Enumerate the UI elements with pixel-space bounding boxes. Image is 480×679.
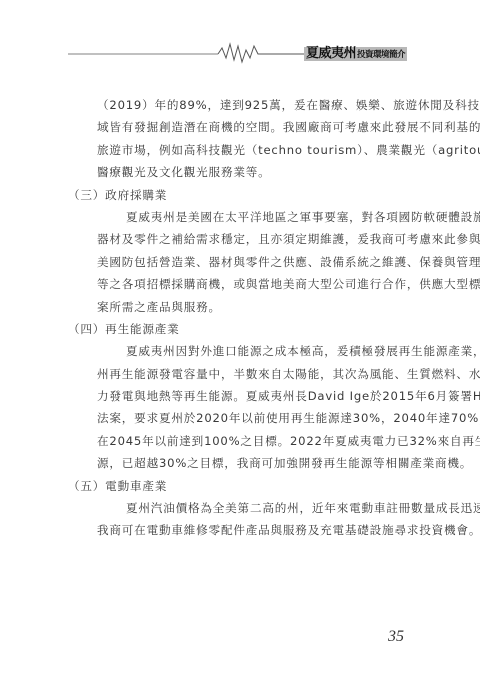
body-line: 在2045年以前達到100%之目標。2022年夏威夷電力已32%來自再生能 [68,430,414,452]
body-line: 旅遊市場，例如高科技觀光（techno tourism）、農業觀光（agrito… [68,139,414,161]
header-title-main: 夏威夷州 [306,47,356,61]
body-line: 夏州汽油價格為全美第二高的州，近年來電動車註冊數量成長迅速， [68,497,414,519]
body-line: 醫療觀光及文化觀光服務業等。 [68,161,414,183]
body-line: 我商可在電動車維修零配件產品與服務及充電基礎設施尋求投資機會。 [68,519,414,541]
body-line: 美國防包括營造業、器材與零件之供應、設備系統之維護、保養與管理 [68,251,414,273]
section-heading-government-procurement: （三）政府採購業 [68,184,414,206]
body-line: 夏威夷州因對外進口能源之成本極高，爰積極發展再生能源產業，該 [68,340,414,362]
body-line: 器材及零件之補給需求穩定，且亦須定期維護，爰我商可考慮來此參與 [68,228,414,250]
body-line: 力發電與地熱等再生能源。夏威夷州長David Ige於2015年6月簽署HB 6… [68,385,414,407]
section-heading-electric-vehicles: （五）電動車產業 [68,475,414,497]
body-line: 法案，要求夏州於2020年以前使用再生能源達30%，2040年達70%，最終 [68,407,414,429]
body-line: 夏威夷州是美國在太平洋地區之軍事要塞，對各項國防軟硬體設施、 [68,206,414,228]
body-line: 等之各項招標採購商機，或與當地美商大型公司進行合作，供應大型標 [68,273,414,295]
page-number: 35 [388,628,404,646]
body-line: 州再生能源發電容量中，半數來自太陽能，其次為風能、生質燃料、水 [68,363,414,385]
body-line: 案所需之產品與服務。 [68,296,414,318]
header-zigzag-rule [0,0,480,80]
page-header: 夏威夷州 投資環境簡介 [0,0,480,80]
header-title-sub: 投資環境簡介 [357,49,405,61]
body-line: （2019）年的89%，達到925萬，爰在醫療、娛樂、旅遊休閒及科技等領 [68,94,414,116]
body-line: 域皆有發掘創造潛在商機的空間。我國廠商可考慮來此發展不同利基的 [68,116,414,138]
document-body: （2019）年的89%，達到925萬，爰在醫療、娛樂、旅遊休閒及科技等領 域皆有… [68,94,414,542]
body-line: 源，已超越30%之目標，我商可加強開發再生能源等相關產業商機。 [68,452,414,474]
section-heading-renewable-energy: （四）再生能源產業 [68,318,414,340]
header-title: 夏威夷州 投資環境簡介 [304,47,407,61]
